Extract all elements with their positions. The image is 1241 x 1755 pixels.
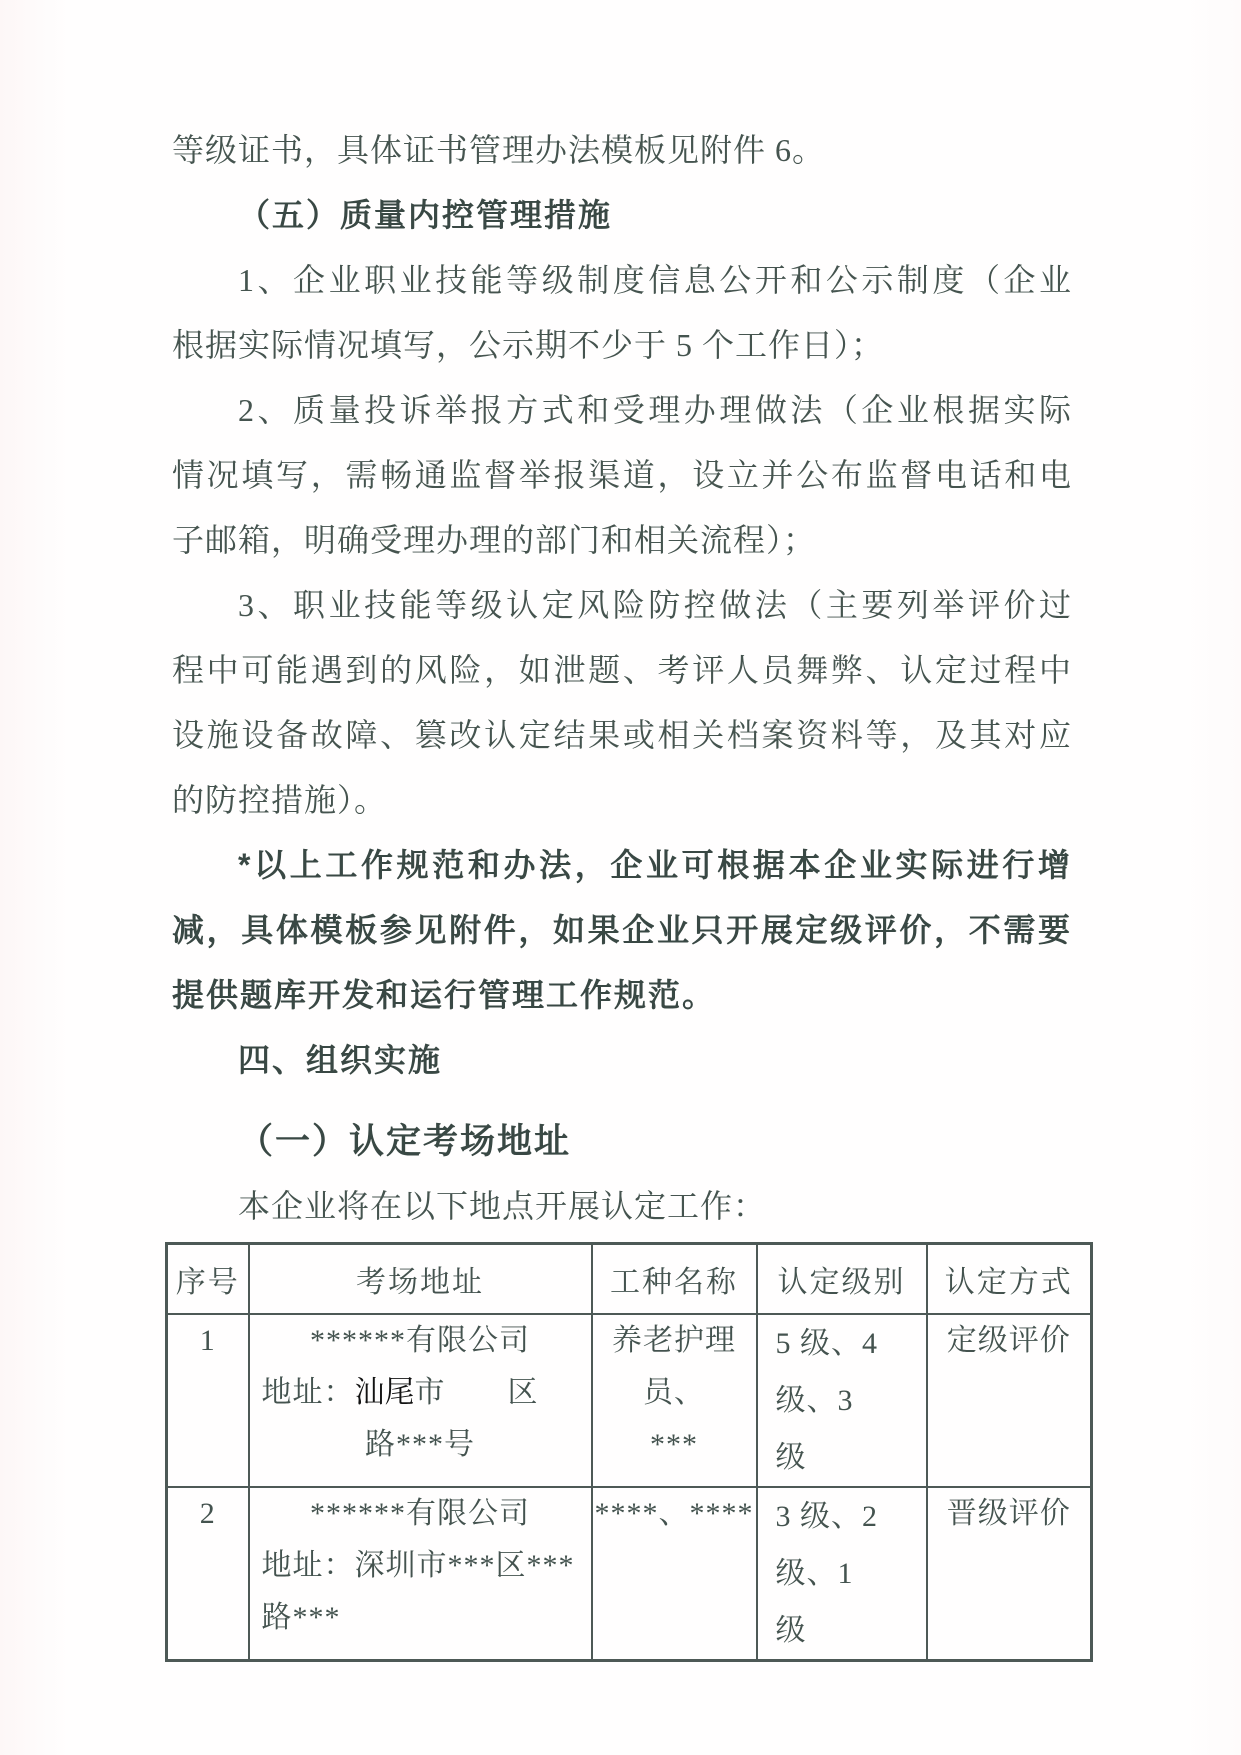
document-line: 情况填写，需畅通监督举报渠道，设立并公布监督电话和电 <box>172 443 1072 508</box>
document-line: 等级证书，具体证书管理办法模板见附件 6。 <box>172 118 1072 183</box>
method-value: 晋级评价 <box>928 1488 1091 1540</box>
chapter-heading-4: 四、组织实施 <box>172 1028 1072 1093</box>
document-line: 1、企业职业技能等级制度信息公开和公示制度（企业 <box>172 248 1072 313</box>
address-city-inserted: 汕尾 <box>355 1376 415 1409</box>
address-detail-line: 地址：深圳市***区***路*** <box>250 1540 591 1644</box>
serial-number-value: 1 <box>168 1315 248 1367</box>
cell-venue-address: ******有限公司 地址：深圳市***区***路*** <box>249 1487 592 1661</box>
cell-certification-level: 5 级、4 级、3 级 <box>757 1314 927 1487</box>
cell-job-name: 养老护理员、 *** <box>592 1314 757 1487</box>
document-line: 设施设备故障、篡改认定结果或相关档案资料等，及其对应 <box>172 703 1072 768</box>
section-heading-1: （一）认定考场地址 <box>172 1109 1072 1174</box>
header-certification-level: 认定级别 <box>757 1244 927 1315</box>
note-line: 提供题库开发和运行管理工作规范。 <box>172 963 1072 1028</box>
address-rest: 市 区 <box>415 1376 539 1409</box>
cell-certification-level: 3 级、2 级、1 级 <box>757 1487 927 1661</box>
section-heading-5: （五）质量内控管理措施 <box>172 183 1072 248</box>
table-row: 1 ******有限公司 地址：汕尾市 区 路***号 养老护理员、 *** <box>167 1314 1092 1487</box>
address-company-line: ******有限公司 <box>250 1315 591 1367</box>
cell-venue-address: ******有限公司 地址：汕尾市 区 路***号 <box>249 1314 592 1487</box>
cell-certification-method: 晋级评价 <box>927 1487 1092 1661</box>
level-line: 级 <box>758 1429 926 1486</box>
document-page: 等级证书，具体证书管理办法模板见附件 6。 （五）质量内控管理措施 1、企业职业… <box>0 0 1241 1755</box>
header-serial-number: 序号 <box>167 1244 249 1315</box>
document-line: 的防控措施）。 <box>172 768 1072 833</box>
cell-job-name: ****、**** <box>592 1487 757 1661</box>
job-name-line: *** <box>593 1419 756 1471</box>
table-row: 2 ******有限公司 地址：深圳市***区***路*** ****、****… <box>167 1487 1092 1661</box>
address-company-line: ******有限公司 <box>250 1488 591 1540</box>
table-intro-line: 本企业将在以下地点开展认定工作： <box>172 1174 1072 1239</box>
address-label: 地址： <box>262 1549 355 1582</box>
cell-certification-method: 定级评价 <box>927 1314 1092 1487</box>
table-header-row: 序号 考场地址 工种名称 认定级别 认定方式 <box>167 1244 1092 1315</box>
level-line: 3 级、2 级、1 <box>758 1488 926 1602</box>
job-name-line: 养老护理员、 <box>593 1315 756 1419</box>
job-name-line: ****、**** <box>593 1488 756 1540</box>
header-venue-address: 考场地址 <box>249 1244 592 1315</box>
address-road-line: 路***号 <box>250 1419 591 1471</box>
document-line: 程中可能遇到的风险，如泄题、考评人员舞弊、认定过程中 <box>172 638 1072 703</box>
cell-serial-number: 2 <box>167 1487 249 1661</box>
note-line: *以上工作规范和办法，企业可根据本企业实际进行增 <box>172 833 1072 898</box>
method-value: 定级评价 <box>928 1315 1091 1367</box>
level-line: 5 级、4 级、3 <box>758 1315 926 1429</box>
document-line: 3、职业技能等级认定风险防控做法（主要列举评价过 <box>172 573 1072 638</box>
document-line: 2、质量投诉举报方式和受理办理做法（企业根据实际 <box>172 378 1072 443</box>
cell-serial-number: 1 <box>167 1314 249 1487</box>
document-body: 等级证书，具体证书管理办法模板见附件 6。 （五）质量内控管理措施 1、企业职业… <box>0 0 1241 1662</box>
note-line: 减，具体模板参见附件，如果企业只开展定级评价，不需要 <box>172 898 1072 963</box>
header-certification-method: 认定方式 <box>927 1244 1092 1315</box>
document-line: 子邮箱，明确受理办理的部门和相关流程）； <box>172 508 1072 573</box>
serial-number-value: 2 <box>168 1488 248 1540</box>
address-detail-line: 地址：汕尾市 区 <box>250 1367 591 1419</box>
document-line: 根据实际情况填写，公示期不少于 5 个工作日）； <box>172 313 1072 378</box>
address-label: 地址： <box>262 1376 355 1409</box>
level-line: 级 <box>758 1602 926 1659</box>
exam-locations-table: 序号 考场地址 工种名称 认定级别 认定方式 1 ******有限公司 地址：汕… <box>165 1242 1093 1662</box>
header-job-name: 工种名称 <box>592 1244 757 1315</box>
